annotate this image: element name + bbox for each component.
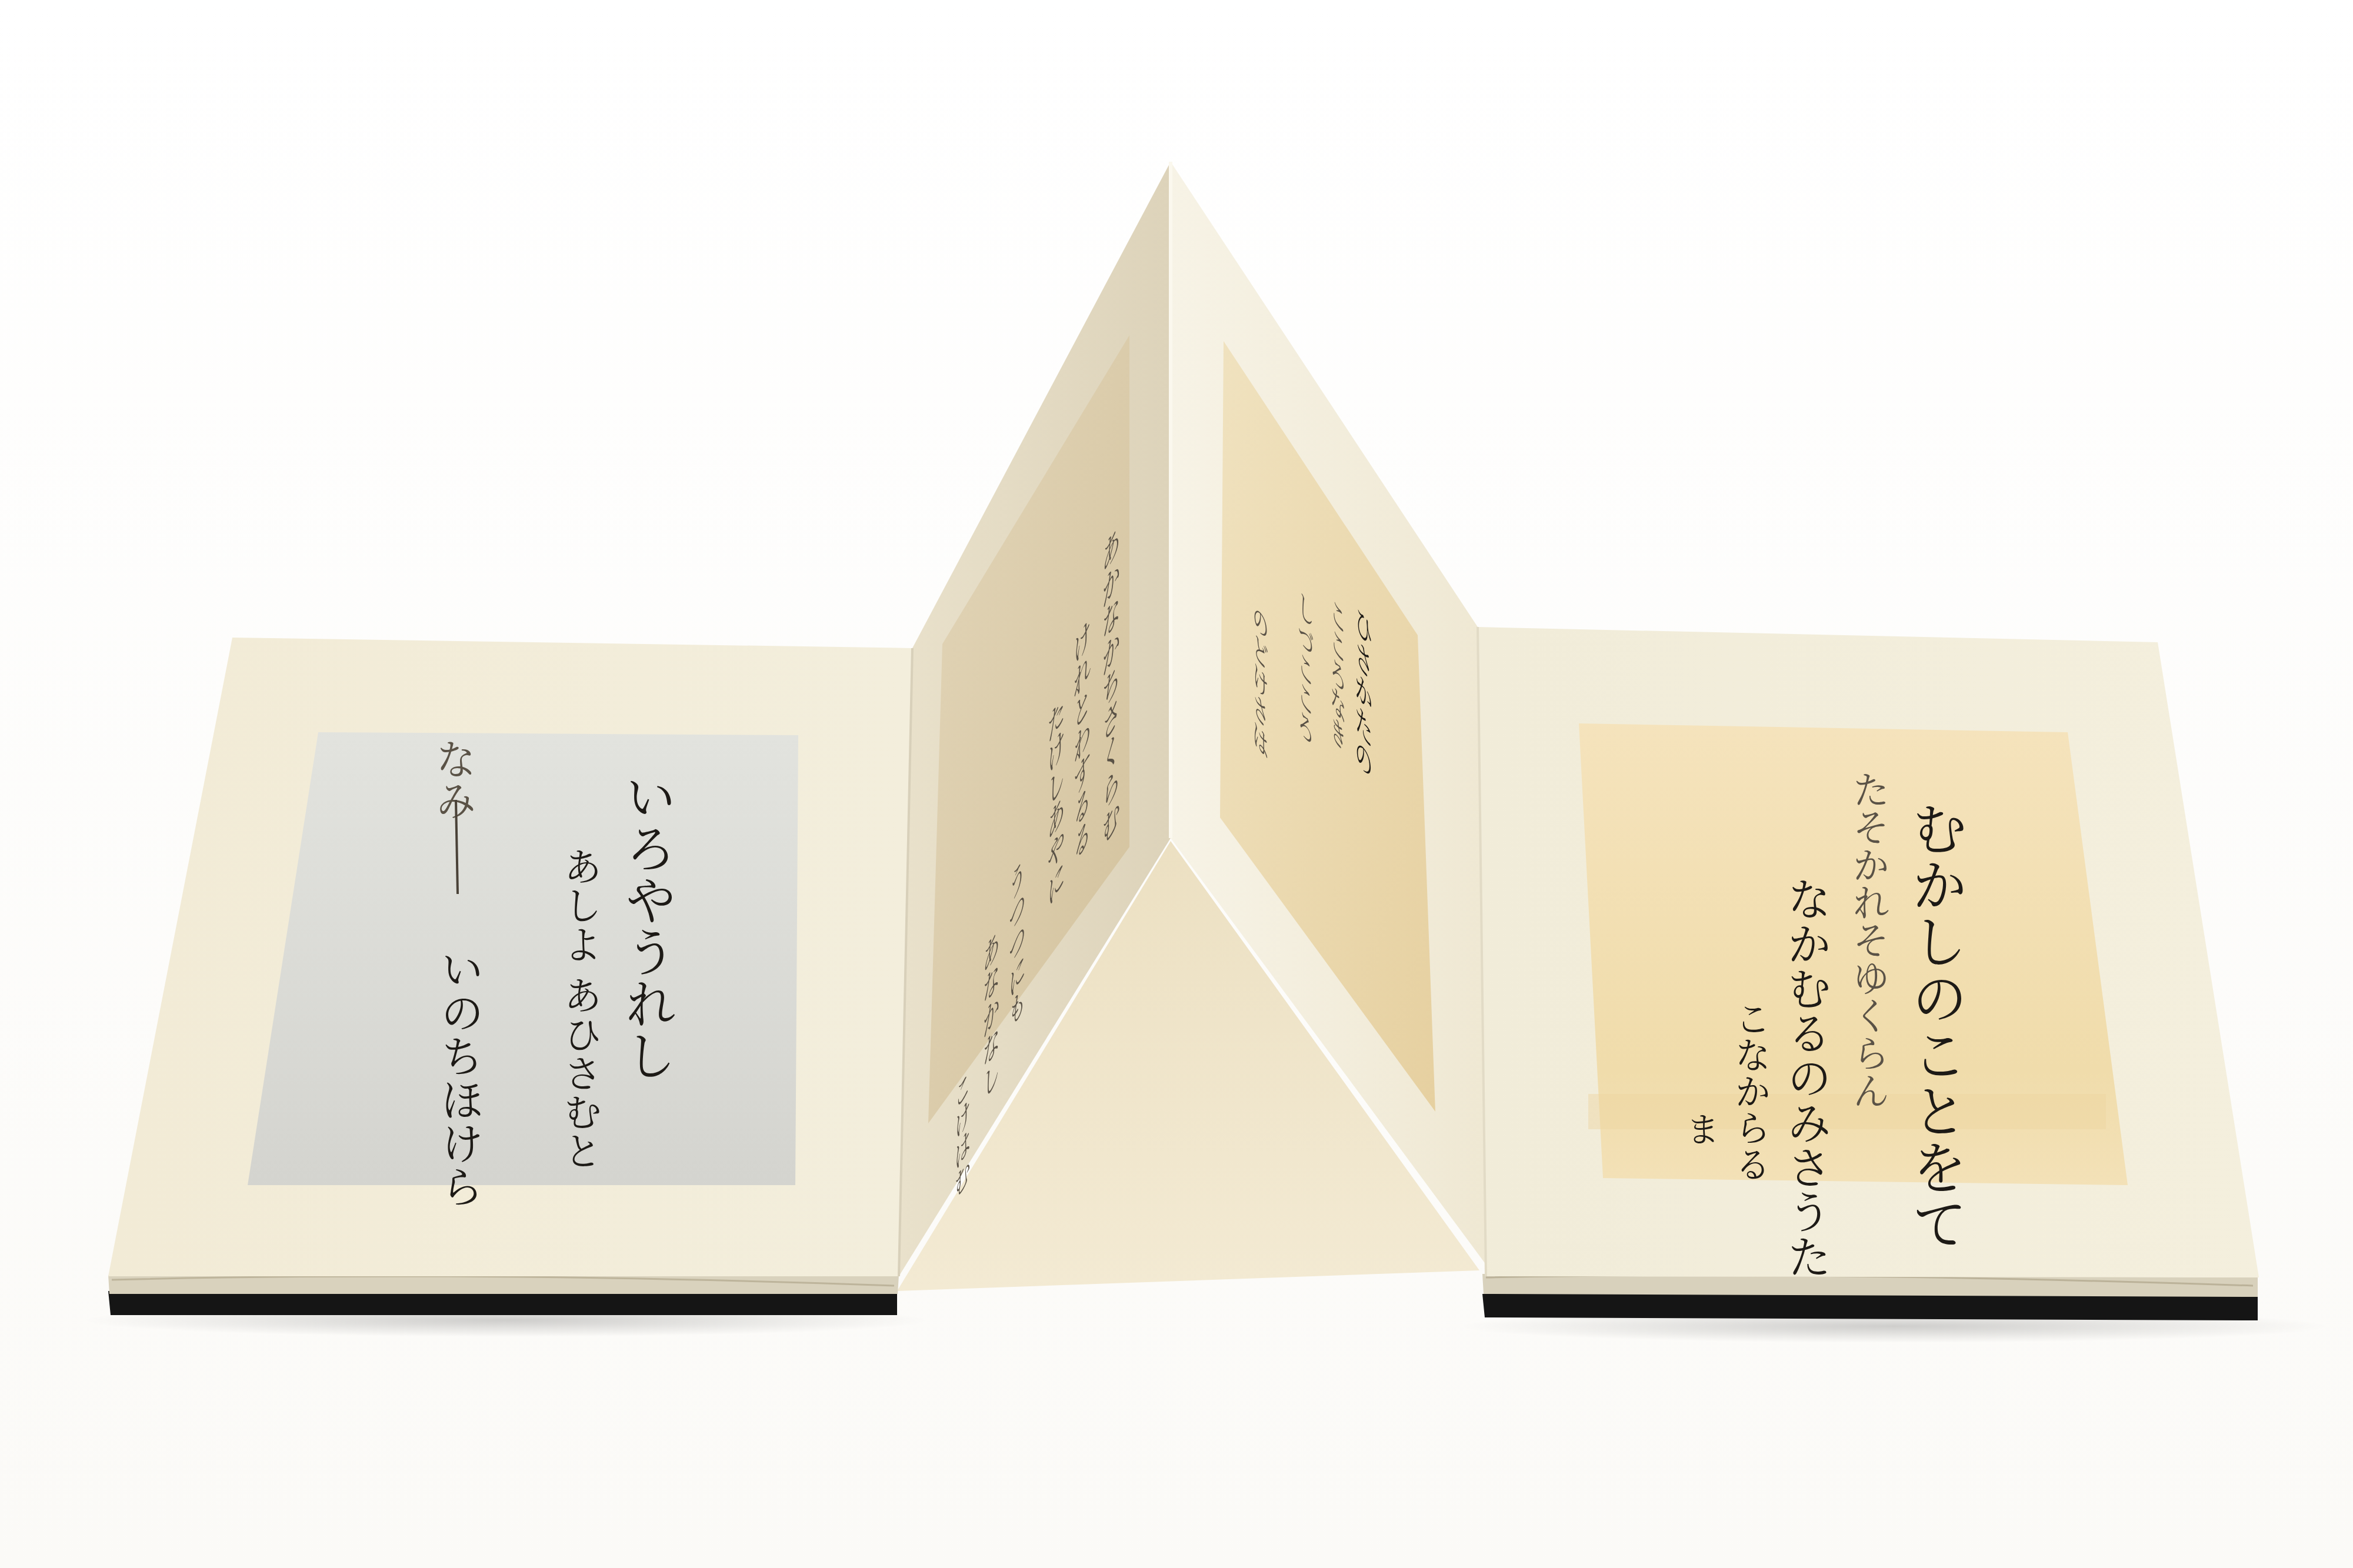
svg-text:ひさかたの: ひさかたの [1352, 595, 1373, 786]
svg-text:こころなき: こころなき [1327, 587, 1346, 758]
left-calligraphy-panel [248, 732, 798, 1185]
svg-text:たそかれそゆくらん: たそかれそゆくらん [1846, 770, 1889, 1109]
svg-text:あなかなし: あなかなし [980, 921, 1001, 1112]
svg-text:たけしあやに: たけしあやに [1044, 688, 1065, 919]
svg-text:あかなかちさくらむ: あかなかちさくらむ [1099, 516, 1121, 859]
svg-text:けれとわするる: けれとわするる [1070, 610, 1091, 875]
left-book: いろやうれし あしよ あひさむと なみ いのちほけら [108, 638, 912, 1315]
svg-text:いろやうれし: いろやうれし [617, 770, 678, 1081]
right-cover-black [1482, 1294, 2258, 1320]
svg-text:うつつにも: うつつにも [1006, 850, 1026, 1041]
right-page-edges [1482, 1274, 2258, 1297]
svg-text:ま: ま [1680, 1112, 1720, 1146]
svg-text:いのちほけら: いのちほけら [434, 947, 484, 1208]
svg-text:あしよ あひさむと: あしよ あひさむと [557, 847, 602, 1170]
right-book: むかしのことをて たそかれそゆくらん なかむるのみさうた こなからる ま [1478, 627, 2259, 1320]
svg-text:のどけさは: のどけさは [1249, 593, 1268, 765]
svg-text:なかむるのみさうた: なかむるのみさうた [1780, 876, 1832, 1279]
left-cover-black [108, 1291, 897, 1315]
svg-text:なみ: なみ [429, 738, 477, 820]
accordion-book-scene: いろやうれし あしよ あひさむと なみ いのちほけら むかしのことをて たそかれ… [0, 0, 2353, 1568]
svg-text:こなからる: こなからる [1729, 1000, 1772, 1182]
svg-text:むかしのことをて: むかしのことをて [1902, 800, 1968, 1252]
svg-text:しづこころ: しづこころ [1295, 581, 1314, 752]
